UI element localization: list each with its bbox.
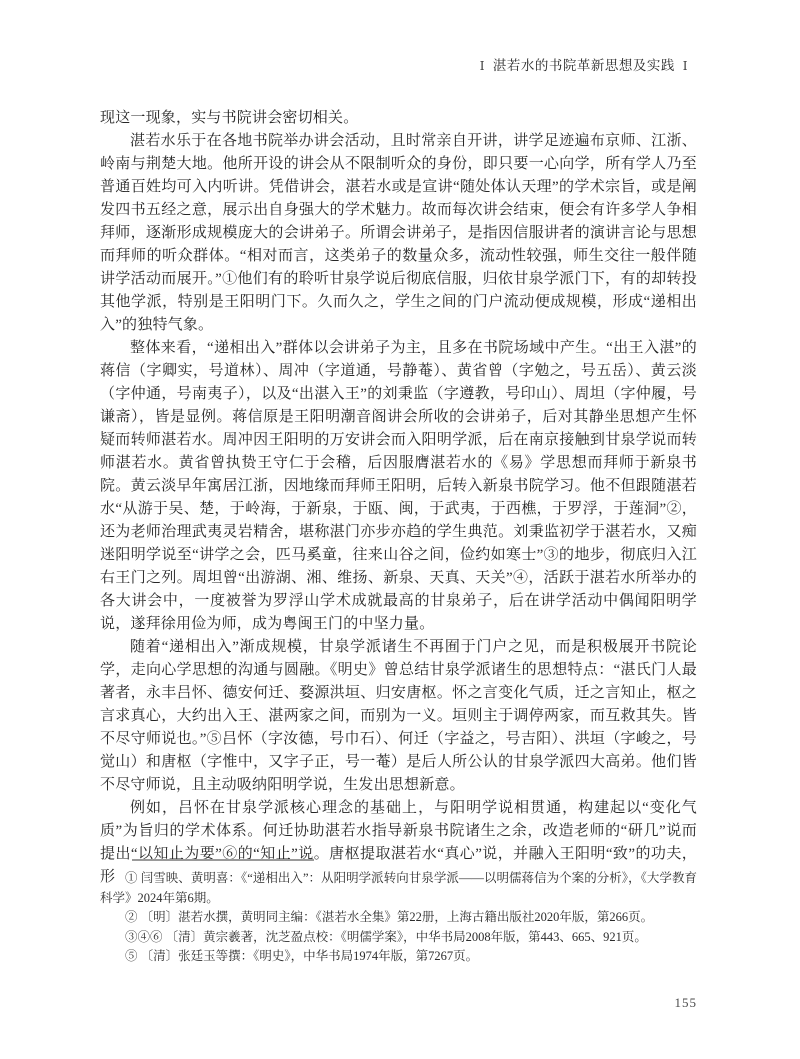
running-header-title: 湛若水的书院革新思想及实践 <box>493 58 675 73</box>
body-paragraph: 现这一现象，实与书院讲会密切相关。 <box>100 107 697 130</box>
book-page: Ⅰ 湛若水的书院革新思想及实践 Ⅰ 现这一现象，实与书院讲会密切相关。 湛若水乐… <box>0 0 800 1059</box>
footnote: ③④⑥ 〔清〕黄宗羲著，沈芝盈点校：《明儒学案》，中华书局2008年版，第443… <box>100 928 697 948</box>
page-number: 155 <box>100 995 697 1011</box>
running-header: Ⅰ 湛若水的书院革新思想及实践 Ⅰ <box>100 54 692 74</box>
footnote: ⑤ 〔清〕张廷玉等撰：《明史》，中华书局1974年版，第7267页。 <box>100 947 697 967</box>
body-paragraph: 随着“递相出入”渐成规模，甘泉学派诸生不再囿于门户之见，而是积极展开书院论学，走… <box>100 636 697 797</box>
footnote: ① 闫雪映、黄明喜：《“递相出入”：从阳明学派转向甘泉学派——以明儒蒋信为个案的… <box>100 869 697 908</box>
header-left-bar: Ⅰ <box>476 59 489 73</box>
footnotes: ① 闫雪映、黄明喜：《“递相出入”：从阳明学派转向甘泉学派——以明儒蒋信为个案的… <box>100 869 697 967</box>
body-paragraph: 整体来看，“递相出入”群体以会讲弟子为主，且多在书院场域中产生。“出王入湛”的蒋… <box>100 337 697 636</box>
body-text: 现这一现象，实与书院讲会密切相关。 湛若水乐于在各地书院举办讲会活动，且时常亲自… <box>100 107 697 889</box>
header-right-bar: Ⅰ <box>679 59 692 73</box>
body-paragraph: 湛若水乐于在各地书院举办讲会活动，且时常亲自开讲，讲学足迹遍布京师、江浙、岭南与… <box>100 130 697 337</box>
footnote-separator <box>132 859 314 861</box>
footnote: ② 〔明〕湛若水撰，黄明同主编：《湛若水全集》第22册，上海古籍出版社2020年… <box>100 908 697 928</box>
